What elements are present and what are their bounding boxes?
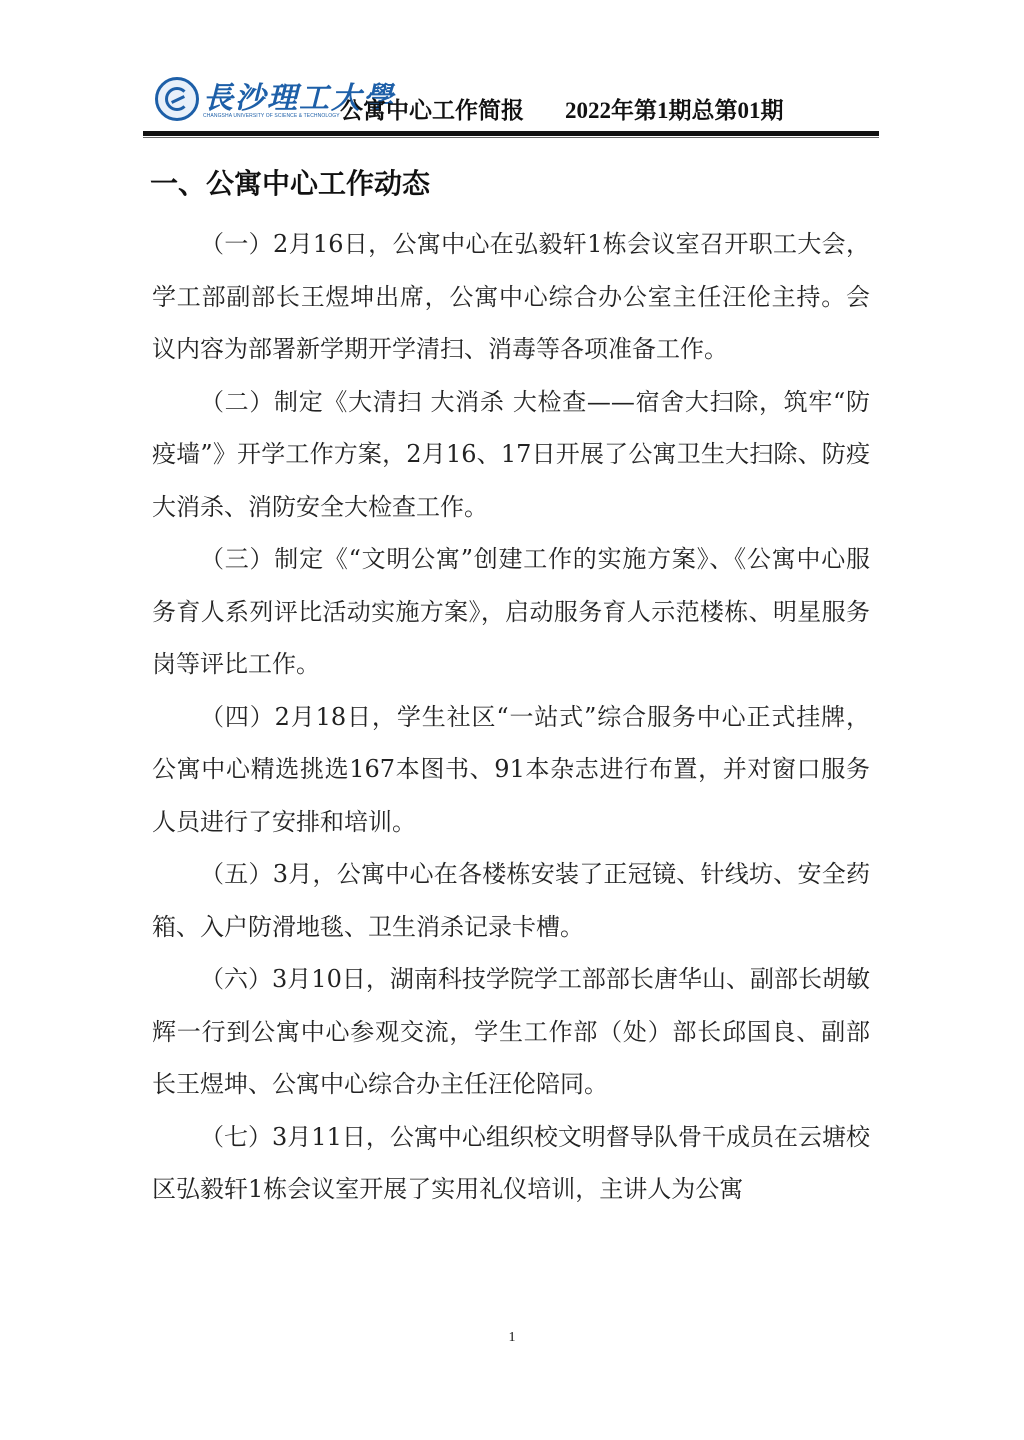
paragraph-2: （二）制定《大清扫 大消杀 大检查——宿舍大扫除，筑牢“防疫墙”》开学工作方案，… [152, 376, 870, 534]
header-divider [143, 131, 879, 136]
document-body: （一）2月16日，公寓中心在弘毅轩1栋会议室召开职工大会，学工部副部长王煜坤出席… [152, 218, 870, 1216]
paragraph-1: （一）2月16日，公寓中心在弘毅轩1栋会议室召开职工大会，学工部副部长王煜坤出席… [152, 218, 870, 376]
section-title: 一、公寓中心工作动态 [150, 162, 430, 202]
logo-name-en: CHANGSHA UNIVERSITY OF SCIENCE & TECHNOL… [203, 113, 340, 119]
paragraph-3: （三）制定《“文明公寓”创建工作的实施方案》、《公寓中心服务育人系列评比活动实施… [152, 533, 870, 691]
page-number: 1 [0, 1330, 1024, 1346]
paragraph-6: （六）3月10日，湖南科技学院学工部部长唐华山、副部长胡敏辉一行到公寓中心参观交… [152, 953, 870, 1111]
document-header: 長沙理工大學 CHANGSHA UNIVERSITY OF SCIENCE & … [150, 70, 880, 130]
university-emblem-icon [155, 77, 199, 121]
issue-number: 2022年第1期总第01期 [565, 92, 784, 125]
paragraph-7: （七）3月11日，公寓中心组织校文明督导队骨干成员在云塘校区弘毅轩1栋会议室开展… [152, 1111, 870, 1216]
paragraph-5: （五）3月，公寓中心在各楼栋安装了正冠镜、针线坊、安全药箱、入户防滑地毯、卫生消… [152, 848, 870, 953]
university-logo: 長沙理工大學 CHANGSHA UNIVERSITY OF SCIENCE & … [155, 75, 340, 127]
paragraph-4: （四）2月18日，学生社区“一站式”综合服务中心正式挂牌，公寓中心精选挑选167… [152, 691, 870, 849]
bulletin-title: 公寓中心工作简报 [340, 92, 524, 125]
header-divider-thin [143, 137, 879, 138]
